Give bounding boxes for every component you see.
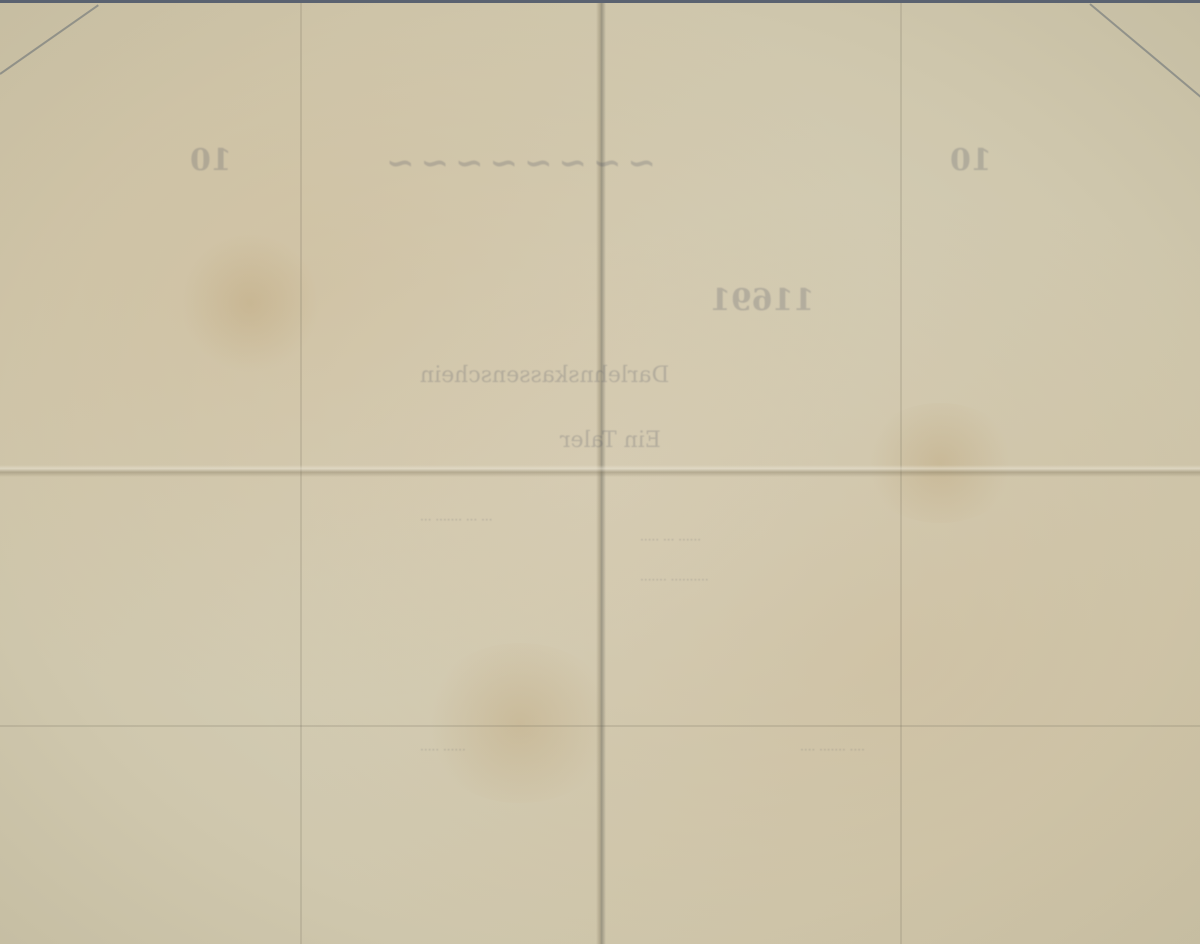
body-line: ··· ··· ······· ··· [420, 513, 492, 527]
corner-fold [0, 4, 99, 74]
footer-line: ······ ····· [420, 743, 466, 757]
denomination: Ein Taler [560, 428, 661, 453]
banknote-reverse: 10 10 ~~~~~~~~ 11691 Darlehnskassenschei… [0, 3, 1200, 944]
corner-numeral-right: 10 [950, 143, 992, 178]
age-stain [180, 233, 320, 373]
body-line: ······ ··· ····· [640, 533, 701, 547]
header-ornament: ~~~~~~~~ [380, 143, 656, 183]
corner-fold [1089, 3, 1200, 107]
serial-number: 11691 [710, 283, 814, 318]
body-line: ·········· ······· [640, 573, 709, 587]
footer-line: ···· ······· ···· [800, 743, 865, 757]
horizontal-fold [0, 465, 1200, 477]
note-title: Darlehnskassenschein [420, 363, 669, 388]
corner-numeral-left: 10 [190, 143, 232, 178]
age-stain [420, 643, 620, 803]
age-stain [860, 403, 1020, 523]
